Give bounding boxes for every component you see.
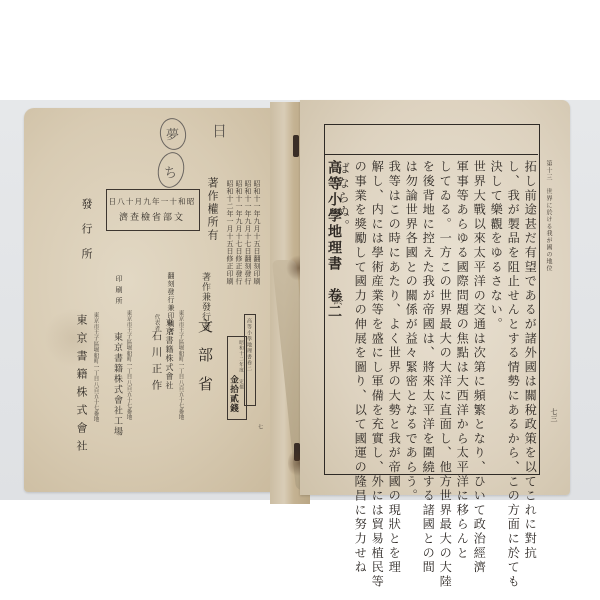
body-column-10: 解し、内には學術産業等を盛にし軍備を充實し、外には貿易植民等 [371,160,383,589]
date-line-3: 昭和十一年九月十七日修正發行 [235,180,242,285]
colophon-page [24,108,286,492]
body-column-12: ばならぬ。 [337,162,349,234]
body-column-5: 軍事等あらゆる國際問題の焦點は大西洋から太平洋に移らんと [456,160,468,560]
book-end-mark: 終 [331,295,341,305]
body-column-7: を後背地に控えた我が帝國は、將來太平洋を圍繞する諸國との間 [422,160,434,575]
pencil-note-3: 日 [212,120,227,141]
publisher-office-name: 東京書籍株式會社 [76,314,87,458]
left-page-number: 七 [257,424,262,429]
date-line-1: 昭和十一年九月十五日翻刻印刷 [253,180,260,285]
body-column-9: 我等はこの時にあたり、よく世界の大勢と我が帝國の現狀とを理 [388,160,400,575]
reprint-publisher-company: 東京書籍株式會社 [165,318,173,390]
body-column-1: 拓し前途甚だ有望であるが諸外國は關稅政策を以てこれに對抗 [524,160,536,560]
body-column-6: してゐる。一方この世界最大の大洋に直面し、他方世界最大の大陸 [439,160,451,589]
representative-name: 石川正作 [151,330,162,396]
frame-header-rule [324,154,538,155]
date-line-2: 昭和十一年九月十七日翻刻發行 [244,180,251,285]
printing-office-name: 東京書籍株式會社工場 [112,332,121,437]
body-column-2: し、我が製品を阻止せんとする情勢にあるから、この方面に於ても [507,160,519,589]
publisher-office-address: 東京市王子區堀船町一丁目八百五十七番地 [92,312,98,422]
right-page-number: 七三 [550,408,557,422]
copyright-label: 著作權所有 [207,177,218,242]
representative-role: 代表者 [153,314,159,331]
body-column-3: 決して樂觀をゆるさない。 [490,160,502,332]
publisher-office-role: 發行所 [81,198,92,273]
binding-staple [293,135,299,157]
pencil-note-1: 夢 [166,124,179,143]
author-publisher-name: 文部省 [197,318,212,405]
running-head: 第十三 世界に於ける我が國の地位 [545,160,551,272]
pencil-note-2: ち [164,162,177,181]
approval-stamp-date: 昭和十一年九月十八日 [106,196,198,207]
body-column-4: 世界大戰以來太平洋の交通は次第に頻繁となり、ひいて政治經濟 [473,160,485,575]
body-column-8: は勿論世界各國との關係が益々緊密となるであらう。 [405,160,417,503]
date-line-4: 昭和十二年一月十五日修正印刷 [226,180,233,285]
printing-office-role: 印刷所 [115,275,122,308]
price-value: 金拾貳錢 [229,375,238,413]
reprint-publisher-address: 東京市王子區堀船町一丁目八百五十七番地 [177,310,183,420]
body-column-11: の事業を獎勵して國力の伸展を圖り、以て國運の隆昌に努力せね [354,160,366,575]
approval-stamp-text: 文部省檢查濟 [106,210,198,223]
printing-office-address: 東京市王子區堀船町一丁目八百五十七番地 [125,310,131,420]
price-book-title: 高等小學地理書卷二 [246,318,251,372]
